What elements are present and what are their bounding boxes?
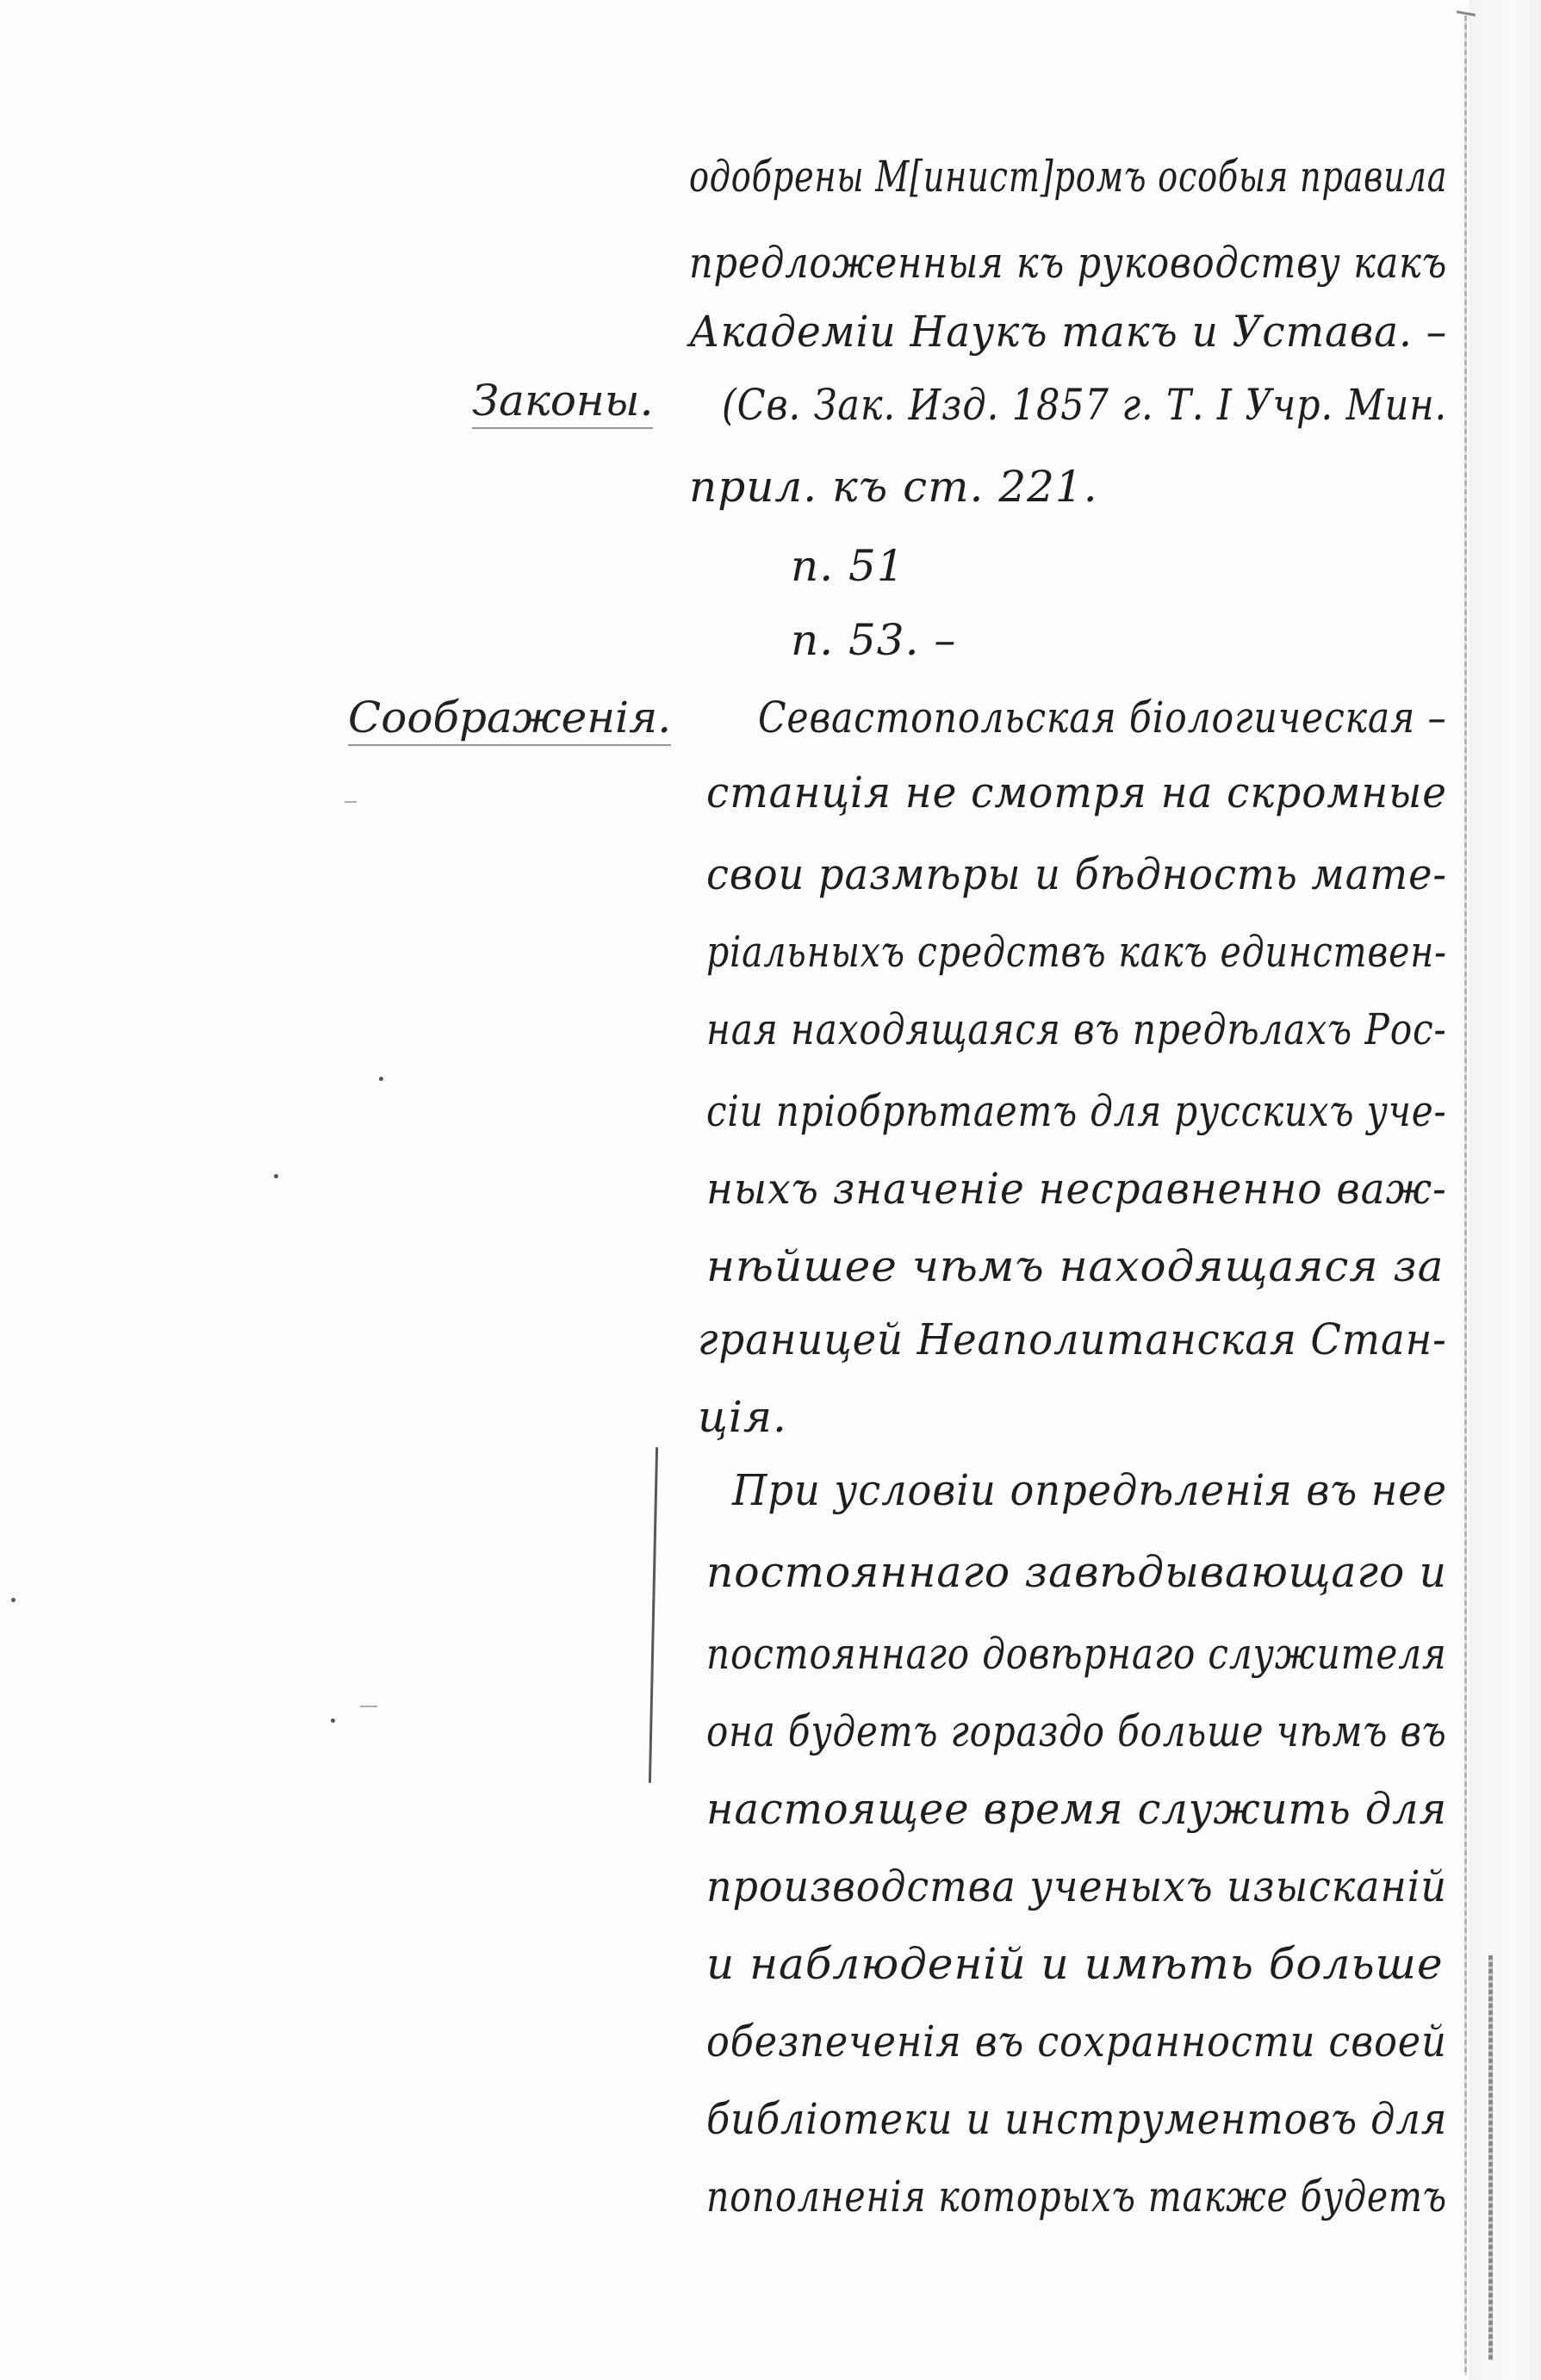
- text-line-22: настоящее время служить для: [706, 1787, 1447, 1830]
- line-text: предложенныя къ руководству какъ: [689, 238, 1447, 288]
- ink-speck: [274, 1174, 278, 1178]
- text-line-8: Севастопольская біологическая –: [758, 696, 1447, 739]
- manuscript-page: Законы. Соображенія. одобрены М[инист]ро…: [0, 0, 1541, 2380]
- margin-label-considerations: Соображенія.: [348, 696, 671, 746]
- text-line-15: нѣйшее чѣмъ находящаяся за: [706, 1245, 1444, 1288]
- line-text: производства ученыхъ изысканій: [706, 1861, 1447, 1911]
- line-text: библіотеки и инструментовъ для: [706, 2094, 1447, 2144]
- text-line-19: постояннаго завѣдывающаго и: [706, 1550, 1447, 1594]
- text-line-3: Академіи Наукъ такъ и Устава. –: [689, 310, 1447, 353]
- line-text: Академіи Наукъ такъ и Устава. –: [689, 307, 1447, 357]
- margin-label-considerations-text: Соображенія.: [348, 693, 671, 743]
- line-text: п. 53. –: [791, 615, 956, 665]
- line-text: ная находящаяся въ предѣлахъ Рос-: [706, 1004, 1447, 1054]
- text-line-21: она будетъ гораздо больше чѣмъ въ: [706, 1710, 1447, 1753]
- text-line-12: ная находящаяся въ предѣлахъ Рос-: [706, 1008, 1447, 1051]
- line-text: свои размѣры и бѣдность мате-: [706, 849, 1447, 899]
- text-line-20: постояннаго довѣрнаго служителя: [706, 1632, 1447, 1675]
- line-text: настоящее время служить для: [706, 1784, 1447, 1834]
- text-line-17: ція.: [698, 1395, 787, 1439]
- text-line-9: станція не смотря на скромные: [706, 771, 1447, 814]
- line-text: п. 51: [791, 541, 905, 591]
- fold-tick-mark: [1455, 10, 1476, 25]
- binding-fold-line-lower: [1488, 1955, 1493, 2360]
- text-line-1: одобрены М[инист]ромъ особыя правила: [689, 155, 1447, 198]
- line-text: пополненія которыхъ также будетъ: [706, 2172, 1447, 2222]
- text-line-5: прил. къ ст. 221.: [689, 465, 1098, 508]
- text-line-26: библіотеки и инструментовъ для: [706, 2097, 1447, 2141]
- ink-speck: [11, 1598, 16, 1602]
- text-line-23: производства ученыхъ изысканій: [706, 1865, 1447, 1908]
- text-line-14: ныхъ значеніе несравненно важ-: [706, 1167, 1447, 1210]
- line-text: постояннаго завѣдывающаго и: [706, 1547, 1447, 1597]
- line-text: При условіи опредѣленія въ нее: [732, 1465, 1447, 1515]
- text-line-11: ріальныхъ средствъ какъ единствен-: [706, 930, 1447, 973]
- text-line-24: и наблюденій и имѣть больше: [706, 1942, 1444, 1985]
- line-text: Севастопольская біологическая –: [758, 693, 1447, 743]
- line-text: и наблюденій и имѣть больше: [706, 1939, 1444, 1989]
- line-text: прил. къ ст. 221.: [689, 462, 1098, 512]
- margin-label-considerations-underline: [348, 744, 671, 746]
- stray-dash-mark: [345, 801, 357, 803]
- text-line-16: границей Неаполитанская Стан-: [698, 1318, 1447, 1361]
- line-text: ція.: [698, 1392, 787, 1442]
- line-text: постояннаго довѣрнаго служителя: [706, 1629, 1447, 1679]
- line-text: станція не смотря на скромные: [706, 767, 1447, 817]
- text-line-7: п. 53. –: [791, 618, 956, 662]
- text-line-25: обезпеченія въ сохранности своей: [706, 2020, 1447, 2063]
- line-text: границей Неаполитанская Стан-: [698, 1314, 1447, 1364]
- stray-dash-mark: [360, 1706, 377, 1707]
- text-line-27: пополненія которыхъ также будетъ: [706, 2175, 1447, 2218]
- margin-label-laws-underline: [472, 427, 653, 429]
- ink-speck: [331, 1718, 335, 1723]
- text-line-13: сіи пріобрѣтаетъ для русскихъ уче-: [706, 1090, 1447, 1133]
- text-line-2: предложенныя къ руководству какъ: [689, 241, 1447, 284]
- binding-fold-line: [1464, 16, 1467, 2376]
- line-text: сіи пріобрѣтаетъ для русскихъ уче-: [706, 1086, 1447, 1136]
- line-text: она будетъ гораздо больше чѣмъ въ: [706, 1706, 1447, 1756]
- margin-label-laws: Законы.: [472, 379, 653, 429]
- text-line-10: свои размѣры и бѣдность мате-: [706, 853, 1447, 896]
- line-text: ныхъ значеніе несравненно важ-: [706, 1164, 1447, 1214]
- ink-speck: [379, 1077, 383, 1081]
- line-text: ріальныхъ средствъ какъ единствен-: [706, 927, 1447, 977]
- margin-bracket-line: [649, 1447, 658, 1783]
- line-text: одобрены М[инист]ромъ особыя правила: [689, 152, 1447, 202]
- text-line-6: п. 51: [791, 544, 905, 587]
- margin-label-laws-text: Законы.: [472, 376, 653, 426]
- line-text: обезпеченія въ сохранности своей: [706, 2016, 1447, 2066]
- page-edge-shade: [1469, 0, 1541, 2380]
- text-line-18: При условіи опредѣленія въ нее: [732, 1469, 1447, 1512]
- text-line-4: (Св. Зак. Изд. 1857 г. Т. I Учр. Мин.: [722, 383, 1447, 426]
- line-text: (Св. Зак. Изд. 1857 г. Т. I Учр. Мин.: [722, 380, 1447, 430]
- line-text: нѣйшее чѣмъ находящаяся за: [706, 1241, 1444, 1291]
